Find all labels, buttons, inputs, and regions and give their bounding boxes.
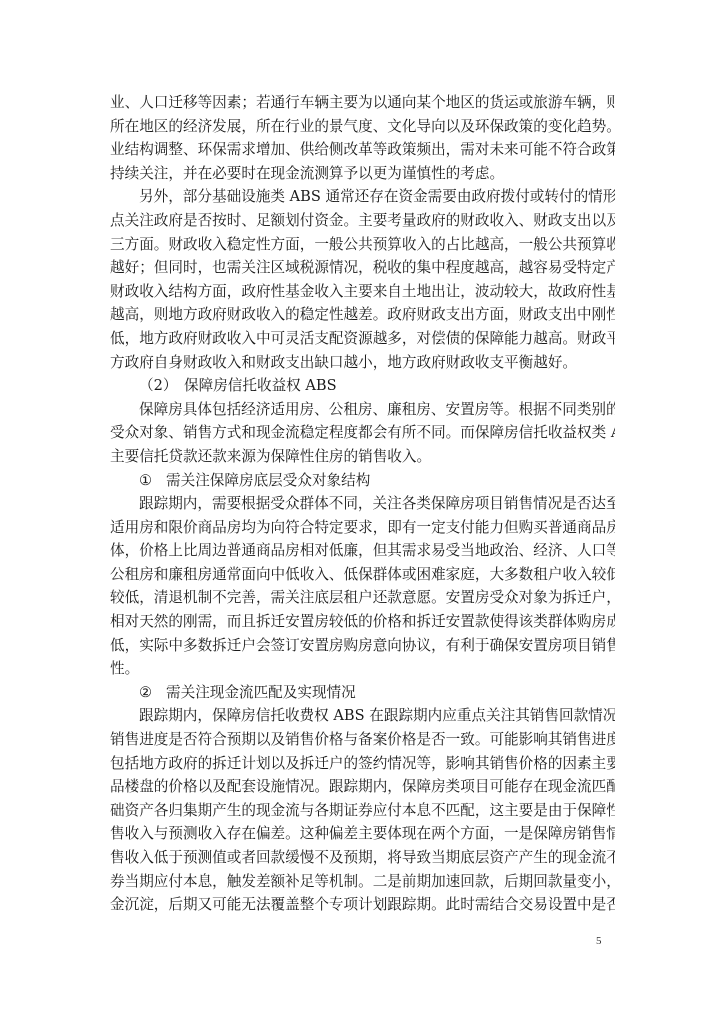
text-line: 销售进度是否符合预期以及销售价格与备案价格是否一致。可能影响其销售进度的原因主要	[110, 728, 615, 752]
text-line: 方政府自身财政收入和财政支出缺口越小，地方政府财政收支平衡越好。	[110, 351, 615, 375]
text-line: 性。	[110, 657, 615, 681]
text-line: 包括地方政府的拆迁计划以及拆迁户的签约情况等，影响其销售价格的因素主要包括周边竞	[110, 752, 615, 776]
text-line: 另外，部分基础设施类 ABS 通常还存在资金需要由政府拨付或转付的情形，所以应重	[110, 185, 615, 209]
text-line: 品楼盘的价格以及配套设施情况。跟踪期内，保障房类项目可能存在现金流匹配风险，即基	[110, 775, 615, 799]
subsection-heading: ①需关注保障房底层受众对象结构	[110, 469, 615, 493]
text-line: 所在地区的经济发展，所在行业的景气度、文化导向以及环保政策的变化趋势。近年来，行	[110, 115, 615, 139]
text-line: 售收入与预测收入存在偏差。这种偏差主要体现在两个方面，一是保障房销售情况不佳，销	[110, 822, 615, 846]
text-line: 础资产各归集期产生的现金流与各期证券应付本息不匹配，这主要是由于保障性住房实际销	[110, 799, 615, 823]
text-line: 跟踪期内，需要根据受众群体不同，关注各类保障房项目销售情况是否达至预期。经济	[110, 492, 615, 516]
text-line: 点关注政府是否按时、足额划付资金。主要考量政府的财政收入、财政支出以及财政平衡性	[110, 209, 615, 233]
text-line: 券当期应付本息，触发差额补足等机制。二是前期加速回款，后期回款量变小，导致前期资	[110, 870, 615, 894]
text-line: 持续关注，并在必要时在现金流测算予以更为谨慎性的考虑。	[110, 162, 615, 186]
text-line: 业结构调整、环保需求增加、供给侧改革等政策频出，需对未来可能不符合政策导向的行业	[110, 138, 615, 162]
text-line: 三方面。财政收入稳定性方面，一般公共预算收入的占比越高，一般公共预算收入的稳定性	[110, 233, 615, 257]
text-line: 低，地方政府财政收入中可灵活支配资源越多，对偿债的保障能力越高。财政平衡方面，地	[110, 327, 615, 351]
subsection-heading: ②需关注现金流匹配及实现情况	[110, 681, 615, 705]
text-line: 财政收入结构方面，政府性基金收入主要来自土地出让，波动较大，故政府性基金收入占比	[110, 280, 615, 304]
text-line: 适用房和限价商品房均为向符合特定要求，即有一定支付能力但购买普通商品房困难的群	[110, 516, 615, 540]
body-paragraph: 保障房具体包括经济适用房、公租房、廉租房、安置房等。根据不同类别的保障性住房，受…	[110, 398, 615, 469]
text-line: 保障房具体包括经济适用房、公租房、廉租房、安置房等。根据不同类别的保障性住房，	[110, 398, 615, 422]
heading-title: 保障房信托收益权 ABS	[184, 377, 337, 394]
text-line: 金沉淀，后期又可能无法覆盖整个专项计划跟踪期。此时需结合交易设置中是否设有保证金	[110, 893, 615, 917]
body-paragraph: 业、人口迁移等因素；若通行车辆主要为以通向某个地区的货运或旅游车辆，则需重点分析…	[110, 91, 615, 185]
body-paragraph: 另外，部分基础设施类 ABS 通常还存在资金需要由政府拨付或转付的情形，所以应重…	[110, 185, 615, 374]
text-line: 越好；但同时，也需关注区域税源情况，税收的集中程度越高，越容易受特定产业波动影响…	[110, 256, 615, 280]
text-line: 受众对象、销售方式和现金流稳定程度都会有所不同。而保障房信托收益权类 ABS 产…	[110, 421, 615, 445]
text-line: 业、人口迁移等因素；若通行车辆主要为以通向某个地区的货运或旅游车辆，则需重点分析	[110, 91, 615, 115]
heading-line: ②需关注现金流匹配及实现情况	[110, 681, 615, 705]
body-paragraph: 跟踪期内，需要根据受众群体不同，关注各类保障房项目销售情况是否达至预期。经济适用…	[110, 492, 615, 681]
heading-title: 需关注现金流匹配及实现情况	[166, 684, 356, 701]
heading-number: （2）	[110, 374, 184, 398]
page-number: 5	[596, 935, 602, 947]
text-line: 售收入低于预测值或者回款缓慢不及预期，将导致当期底层资产产生的现金流不足以覆盖证	[110, 846, 615, 870]
text-line: 体，价格上比周边普通商品房相对低廉，但其需求易受当地政治、经济、人口等因素影响。	[110, 539, 615, 563]
text-line: 跟踪期内，保障房信托收费权 ABS 在跟踪期内应重点关注其销售回款情况，主要包括	[110, 704, 615, 728]
section-heading: （2）保障房信托收益权 ABS	[110, 374, 615, 398]
text-line: 较低，清退机制不完善，需关注底层租户还款意愿。安置房受众对象为拆迁户，对购房有着	[110, 586, 615, 610]
body-paragraph: 跟踪期内，保障房信托收费权 ABS 在跟踪期内应重点关注其销售回款情况，主要包括…	[110, 704, 615, 916]
heading-number: ①	[110, 469, 166, 493]
text-line: 低，实际中多数拆迁户会签订安置房购房意向协议，有利于确保安置房项目销售收入的稳定	[110, 634, 615, 658]
heading-line: （2）保障房信托收益权 ABS	[110, 374, 615, 398]
heading-line: ①需关注保障房底层受众对象结构	[110, 469, 615, 493]
text-line: 公租房和廉租房通常面向中低收入、低保群体或困难家庭，大多数租户收入较低，租金价格	[110, 563, 615, 587]
heading-number: ②	[110, 681, 166, 705]
text-line: 相对天然的刚需，而且拆迁安置房较低的价格和拆迁安置款使得该类群体购房成本相对较	[110, 610, 615, 634]
text-line: 越高，则地方政府财政收入的稳定性越差。政府财政支出方面，财政支出中刚性支出占比越	[110, 303, 615, 327]
heading-title: 需关注保障房底层受众对象结构	[166, 472, 370, 489]
document-page: 业、人口迁移等因素；若通行车辆主要为以通向某个地区的货运或旅游车辆，则需重点分析…	[110, 91, 615, 917]
text-line: 主要信托贷款还款来源为保障性住房的销售收入。	[110, 445, 615, 469]
